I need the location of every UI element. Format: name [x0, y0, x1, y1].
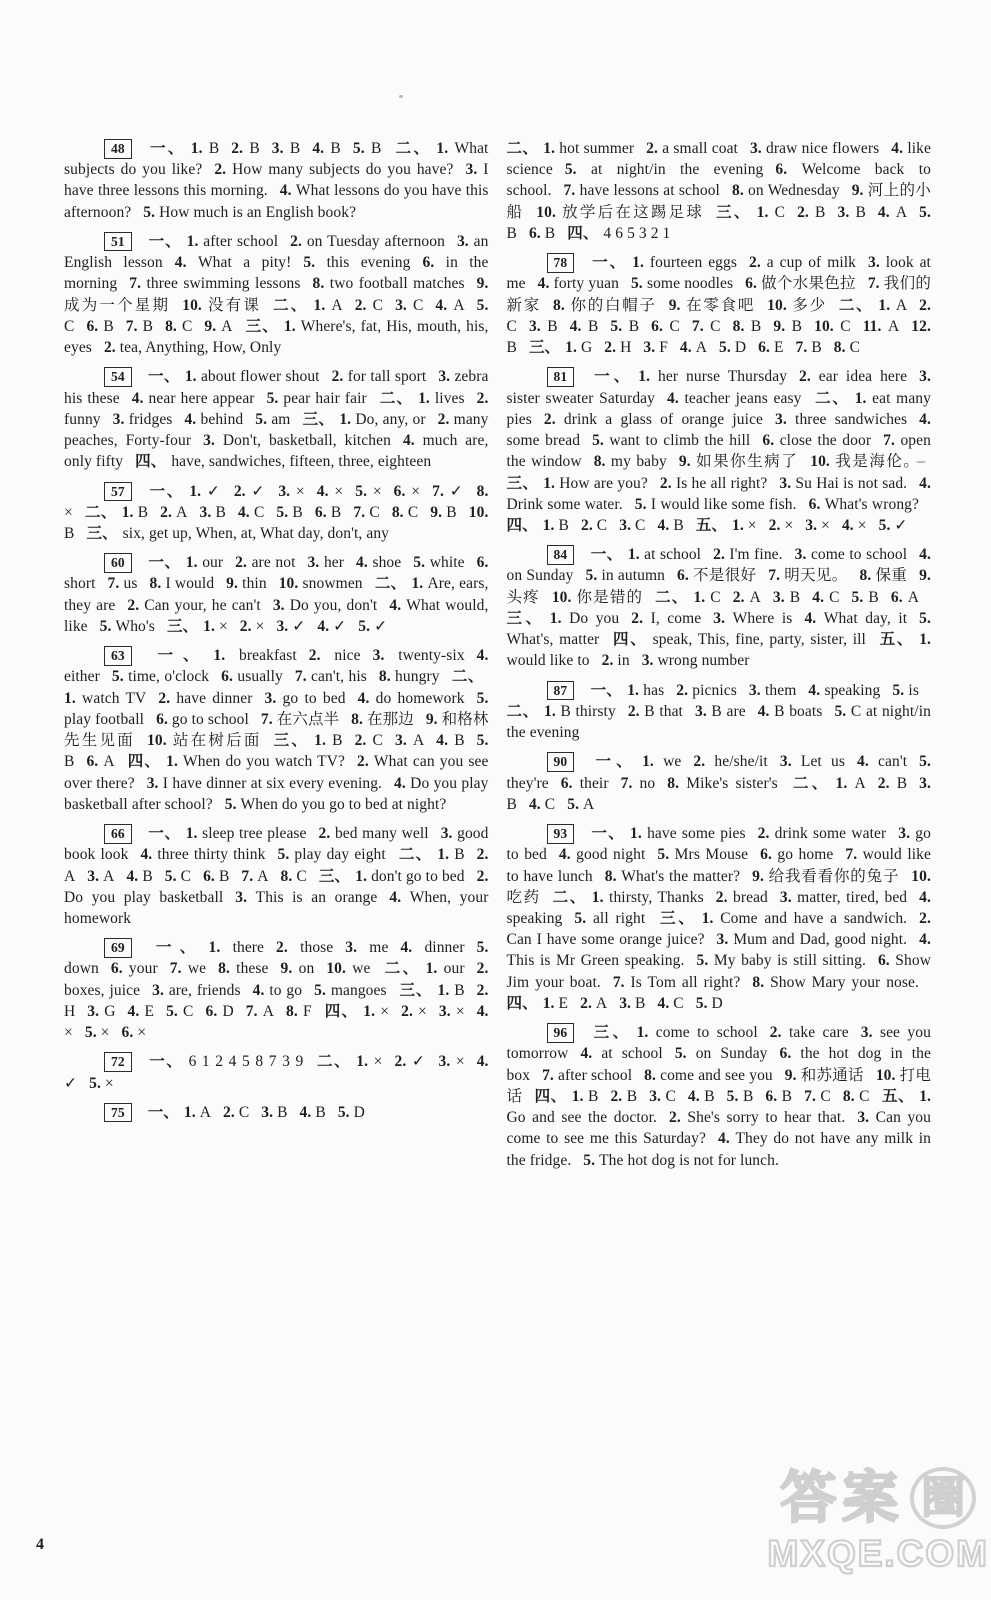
answer-item: 4. three thirty think — [140, 846, 265, 863]
answer-item: 2. A — [160, 504, 187, 521]
answer-item: 1. Do you — [550, 610, 620, 627]
item-number: 4. — [919, 546, 931, 563]
answer-item: 4. behind — [184, 411, 243, 428]
answer-item: 1. × — [363, 1003, 389, 1020]
answer-item: 8. 保重 — [860, 567, 908, 584]
answer-item: 7. C — [692, 318, 721, 335]
answer-item: 2. C — [355, 297, 383, 314]
answer-item: 7. can't, his — [295, 668, 367, 685]
answer-item: 2. picnics — [676, 682, 737, 699]
item-number: 4. — [436, 732, 454, 749]
item-number: 3. — [276, 618, 292, 635]
item-number: 3. — [87, 1003, 104, 1020]
item-number: 2. — [733, 589, 750, 606]
item-number: 9. — [430, 504, 446, 521]
item-number: 2. — [127, 597, 144, 614]
part-label: 一、 — [148, 233, 182, 250]
answer-item: 4. What a pity! — [175, 254, 292, 271]
item-number: 5. — [657, 846, 674, 863]
item-number: 5. — [565, 161, 591, 178]
part-label: 三、 — [507, 610, 545, 627]
answer-item: 2. Is he all right? — [660, 475, 767, 492]
item-number: 2. — [290, 233, 307, 250]
item-number: 8. — [149, 575, 165, 592]
item-number: 8. — [477, 483, 489, 500]
section-number-box: 66 — [104, 824, 132, 844]
item-number: 1. — [855, 390, 872, 407]
answer-item: 5. ✓ — [358, 618, 387, 635]
answer-item: 8. B — [733, 318, 762, 335]
answer-item: 4. do homework — [358, 690, 465, 707]
answer-item: 9. 和苏通话 — [785, 1067, 864, 1084]
item-number: 2. — [610, 1088, 626, 1105]
answer-item: 7. C — [353, 504, 379, 521]
answer-item: 9. on — [281, 960, 315, 977]
item-number: 2. — [604, 339, 620, 356]
answer-item: 5. C — [166, 1003, 193, 1020]
item-number: 5. — [413, 554, 429, 571]
item-number: 2. — [477, 960, 489, 977]
answer-item: 3. B — [272, 140, 301, 157]
item-number: 4. — [317, 618, 333, 635]
item-number: 10. — [911, 868, 931, 885]
item-number: 3. — [308, 554, 324, 571]
item-number: 1. — [418, 390, 435, 407]
answer-item: 3. B — [529, 318, 558, 335]
item-number: 3. — [87, 868, 103, 885]
answer-item: 5. D — [719, 339, 746, 356]
item-number: 1. — [314, 732, 332, 749]
section-number-box: 96 — [547, 1023, 575, 1043]
scanned-answer-page: 48一、1. B2. B3. B4. B5. B二、1. What subjec… — [0, 0, 991, 1600]
item-number: 2. — [919, 910, 931, 927]
item-number: 2. — [158, 690, 176, 707]
item-number: 2. — [477, 390, 489, 407]
item-number: 1. — [411, 575, 427, 592]
item-number: 5. — [919, 753, 931, 770]
item-number: 4. — [657, 995, 673, 1012]
part-label: 二、 — [85, 504, 117, 521]
answer-item: 5. white — [413, 554, 464, 571]
item-number: 1. — [339, 411, 355, 428]
answer-item: 3. three sandwiches — [775, 411, 907, 428]
answer-columns: 48一、1. B2. B3. B4. B5. B二、1. What subjec… — [0, 0, 991, 1179]
part-label: 三、 — [302, 411, 334, 428]
item-number: 3. — [837, 204, 855, 221]
item-number: 1. — [166, 753, 183, 770]
answer-item: 2. B that — [628, 703, 683, 720]
answer-item: 2. C — [581, 517, 607, 534]
answer-item: 5. Who's — [100, 618, 155, 635]
answer-item: 3. A — [87, 868, 114, 885]
answer-item: 4. B — [126, 868, 152, 885]
answer-item: 3. Mum and Dad, good night. — [717, 931, 908, 948]
part-label: 二、 — [839, 297, 874, 314]
part-label: 五、 — [696, 517, 727, 534]
answer-item: 1. breakfast — [213, 647, 296, 664]
item-number: 10. — [279, 575, 303, 592]
item-number: 2. — [770, 1024, 789, 1041]
item-number: 3. — [780, 889, 797, 906]
item-number: 2. — [919, 297, 931, 314]
answer-item: 10. snowmen — [279, 575, 363, 592]
item-number: 8. — [392, 504, 408, 521]
item-number: 2. — [749, 254, 767, 271]
answer-item: 6. go home — [760, 846, 833, 863]
item-number: 1. — [209, 939, 233, 956]
item-number: 1. — [544, 703, 560, 720]
part-label: 一、 — [148, 483, 185, 500]
item-number: 3. — [199, 504, 215, 521]
item-number: 8. — [732, 182, 748, 199]
answer-item: 5. I would like some fish. — [635, 496, 797, 513]
item-number: 10. — [814, 318, 840, 335]
item-number: 4. — [857, 753, 878, 770]
item-number: 6. — [651, 318, 669, 335]
answer-item: 1. ✓ — [189, 483, 222, 500]
answer-item: 9. A — [204, 318, 232, 335]
item-number: 3. — [749, 682, 765, 699]
answer-item: 2. ✓ — [234, 483, 267, 500]
answer-item: 1. C — [693, 589, 720, 606]
item-number: 2. — [799, 368, 819, 385]
item-number: 6. — [765, 1088, 781, 1105]
answer-item: 4 6 5 3 2 1 — [603, 225, 670, 242]
answer-item: 2. C — [223, 1104, 249, 1121]
answer-item: 5. A — [567, 796, 594, 813]
answer-item: 1. lives — [418, 390, 465, 407]
item-number: 7. — [796, 339, 812, 356]
answer-item: 4. C — [812, 589, 839, 606]
answer-item: 9. thin — [226, 575, 267, 592]
item-number: 4. — [919, 931, 931, 948]
item-number: 9. — [679, 453, 696, 470]
item-number: 8. — [605, 868, 622, 885]
answer-item: 4. What day, it — [804, 610, 907, 627]
answer-item: 3. B are — [695, 703, 746, 720]
part-label: 一、 — [148, 1104, 179, 1121]
item-number: 2. — [631, 610, 650, 627]
item-number: 4. — [718, 1130, 736, 1147]
answer-item: 3. F — [643, 339, 668, 356]
item-number: 3. — [780, 753, 801, 770]
answer-item: 3. × — [439, 1003, 465, 1020]
item-number: 8. — [843, 1088, 859, 1105]
answer-item: 2. for tall sport — [332, 368, 427, 385]
answer-item: 4. B boats — [758, 703, 823, 720]
answer-item: 3. B — [773, 589, 800, 606]
item-number: 9. — [852, 182, 868, 199]
item-number: 3. — [264, 690, 282, 707]
item-number: 7. — [621, 775, 640, 792]
answer-section-87: 87一、1. has2. picnics3. them4. speaking5.… — [507, 680, 932, 744]
answer-item: 1. B — [437, 846, 464, 863]
item-number: 6. — [477, 554, 489, 571]
item-number: 7. — [170, 960, 188, 977]
answer-item: 5. want to climb the hill — [592, 432, 750, 449]
item-number: 4. — [477, 1003, 489, 1020]
part-label: 三、 — [716, 204, 752, 221]
answer-item: 5. B — [727, 1088, 754, 1105]
item-number: 1. — [186, 554, 202, 571]
item-number: 2. — [401, 1003, 418, 1020]
item-number: 2. — [693, 753, 714, 770]
item-number: 5. — [696, 995, 712, 1012]
answer-item: 8. on Wednesday — [732, 182, 840, 199]
answer-item: 1. about flower shout — [185, 368, 320, 385]
answer-item: 9. 给我看看你的兔子 — [752, 868, 899, 885]
item-number: 3. — [619, 995, 635, 1012]
answer-item: 5. × — [355, 483, 381, 500]
item-number: 1. — [919, 1088, 931, 1105]
item-number: 5. — [303, 254, 326, 271]
watermark-text-url: MXQE.COM — [767, 1535, 989, 1574]
item-number: 3. — [857, 1109, 875, 1126]
item-number: 3. — [273, 597, 290, 614]
answer-item: 1. our — [426, 960, 465, 977]
answer-item: 2. drink some water — [758, 825, 887, 842]
answer-item: 3. C — [395, 297, 423, 314]
item-number: 1. — [438, 982, 455, 999]
item-number: 2. — [713, 546, 729, 563]
item-number: 4. — [688, 1088, 704, 1105]
answer-item: 2. nice — [309, 647, 361, 664]
answer-item: 7. we — [170, 960, 206, 977]
answer-item: 1. after school — [187, 233, 279, 250]
item-number: 2. — [223, 1104, 239, 1121]
section-number-box: 54 — [104, 367, 132, 387]
answer-section-78: 78一、1. fourteen eggs2. a cup of milk3. l… — [507, 252, 932, 358]
answer-item: 9. B — [773, 318, 802, 335]
watermark-text-cn: 答案 — [780, 1469, 904, 1528]
item-number: 5. — [892, 682, 908, 699]
answer-item: 7. after school — [542, 1067, 632, 1084]
answer-item: 5. in autumn — [585, 567, 665, 584]
item-number: 2. — [214, 161, 232, 178]
answer-item: 6. B — [86, 318, 113, 335]
item-number: 2. — [676, 682, 692, 699]
answer-item: 2. C — [355, 732, 383, 749]
item-number: 1. — [630, 825, 647, 842]
item-number: 3. — [272, 140, 290, 157]
item-number: 4. — [140, 846, 157, 863]
answer-item: 6. close the door — [762, 432, 871, 449]
answer-item: 2. take care — [770, 1024, 849, 1041]
item-number: 1. — [632, 254, 650, 271]
answer-section-75: 75一、1. A2. C3. B4. B5. D — [64, 1102, 489, 1123]
part-label: 一、 — [590, 753, 637, 770]
part-label: 四、 — [507, 517, 538, 534]
answer-item: 1. at school — [628, 546, 701, 563]
part-label: 三、 — [529, 339, 560, 356]
answer-item: 1. × — [203, 618, 228, 635]
answer-item: 1. × — [732, 517, 757, 534]
item-number: 2. — [477, 982, 489, 999]
item-number: 1. — [184, 1104, 200, 1121]
part-label: 二、 — [375, 575, 407, 592]
answer-section-72: 72一、6 1 2 4 5 8 7 3 9二、1. ×2. ✓3. ×4. ✓5… — [64, 1051, 489, 1093]
answer-item: 4. can't — [857, 753, 907, 770]
item-number: 3. — [649, 1088, 665, 1105]
answer-item: 1. our — [186, 554, 223, 571]
item-number: 3. — [898, 825, 915, 842]
answer-item: 1. there — [209, 939, 265, 956]
item-number: 4. — [253, 982, 270, 999]
answer-item: 6. E — [758, 339, 783, 356]
answer-item: 7. Is Tom all right? — [613, 974, 741, 991]
item-number: 4. — [919, 411, 931, 428]
answer-item: 10. 放学后在这踢足球 — [536, 204, 704, 221]
item-number: 1. — [543, 475, 559, 492]
part-label: 一、 — [590, 254, 627, 271]
item-number: 10. — [536, 204, 562, 221]
item-number: 1. — [436, 140, 454, 157]
part-label: 二、 — [507, 703, 539, 720]
item-number: 3. — [619, 517, 635, 534]
item-number: 10. — [876, 1067, 900, 1084]
item-number: 9. — [669, 297, 686, 314]
item-number: 2. — [319, 825, 335, 842]
item-number: 7. — [804, 1088, 820, 1105]
answer-item: 1. A — [184, 1104, 211, 1121]
item-number: 2. — [355, 297, 373, 314]
item-number: 3. — [529, 318, 547, 335]
answer-item: 1. Do, any, or — [339, 411, 425, 428]
item-number: 2. — [797, 204, 815, 221]
answer-item: 8. 在那边 — [351, 711, 414, 728]
answer-item: 1. her nurse Thursday — [638, 368, 787, 385]
item-number: 5. — [585, 567, 601, 584]
item-number: 5. — [89, 1075, 105, 1092]
item-number: 8. — [165, 318, 182, 335]
answer-item: 8. C — [165, 318, 192, 335]
part-label: 四、 — [135, 453, 166, 470]
answer-item: 3. Don't, basketball, kitchen — [203, 432, 391, 449]
answer-item: 3. them — [749, 682, 796, 699]
answer-item: 4. E — [128, 1003, 155, 1020]
answer-item: 6. usually — [221, 668, 283, 685]
item-number: 8. — [286, 1003, 303, 1020]
item-number: 6. — [529, 225, 545, 242]
item-number: 5. — [631, 275, 647, 292]
item-number: 7. — [261, 711, 277, 728]
part-label: 一、 — [148, 140, 186, 157]
answer-item: 1. B — [314, 732, 342, 749]
answer-item: 3. C — [649, 1088, 676, 1105]
answer-item: 5. is — [892, 682, 919, 699]
item-number: 2. — [231, 140, 249, 157]
answer-item: 1. B — [543, 517, 569, 534]
part-label: 一、 — [148, 1053, 184, 1070]
answer-item: 4. B — [570, 318, 599, 335]
answer-item: 3. matter, tired, bed — [780, 889, 907, 906]
answer-item: 5. B — [610, 318, 639, 335]
part-label: 二、 — [790, 775, 831, 792]
answer-item: 7. 明天见。 — [768, 567, 847, 584]
item-number: 8. — [313, 275, 330, 292]
answer-item: 3. draw nice flowers — [750, 140, 879, 157]
item-number: 4. — [891, 140, 907, 157]
part-label: 三、 — [245, 318, 279, 335]
item-number: 5. — [477, 297, 489, 314]
answer-item: 5. B — [852, 589, 879, 606]
answer-item: 5. × — [89, 1075, 114, 1092]
item-number: 10. — [147, 732, 173, 749]
answer-item: 4. B — [658, 517, 684, 534]
answer-item: 7. three swimming lessons — [129, 275, 300, 292]
item-number: 7. — [564, 182, 580, 199]
answer-item: 8. my baby — [594, 453, 667, 470]
item-number: 4. — [477, 647, 489, 664]
item-number: 6. — [561, 775, 580, 792]
section-number-box: 78 — [547, 253, 575, 273]
part-label: 三、 — [86, 525, 117, 542]
item-number: 3. — [438, 1053, 455, 1070]
answer-item: 10. 站在树后面 — [147, 732, 262, 749]
answer-item: 6. C — [651, 318, 680, 335]
item-number: 5. — [255, 411, 271, 428]
item-number: 6. — [205, 1003, 222, 1020]
item-number: 2. — [758, 825, 775, 842]
item-number: 1. — [213, 647, 239, 664]
answer-item: 2. B — [231, 140, 260, 157]
answer-item: 8. C — [281, 868, 307, 885]
answer-item: 1. B — [572, 1088, 599, 1105]
answer-item: 3. Where is — [713, 610, 792, 627]
item-number: 1. — [642, 753, 663, 770]
answer-item: 3. × — [805, 517, 830, 534]
item-number: 4. — [580, 1045, 601, 1062]
item-number: 8. — [351, 711, 367, 728]
item-number: 3. — [373, 647, 399, 664]
answer-item: 5. this evening — [303, 254, 410, 271]
answer-section-81: 81一、1. her nurse Thursday2. ear idea her… — [507, 366, 932, 536]
item-number: 6. — [315, 504, 331, 521]
answer-item: 4. good night — [559, 846, 646, 863]
answer-item: 3. B — [619, 995, 645, 1012]
item-number: 3. — [713, 610, 732, 627]
answer-item: 3. are, friends — [152, 982, 241, 999]
answer-item: 2. bed many well — [319, 825, 429, 842]
answer-item: 1. we — [642, 753, 681, 770]
item-number: 1. — [702, 910, 721, 927]
item-number: 3. — [805, 517, 821, 534]
item-number: 1. — [627, 682, 643, 699]
answer-item: 2. I'm fine. — [713, 546, 783, 563]
item-number: 5. — [592, 432, 609, 449]
item-number: 2. — [240, 618, 256, 635]
part-label: 一、 — [590, 682, 622, 699]
answer-item: 4. A — [435, 297, 464, 314]
item-number: 9. — [281, 960, 299, 977]
answer-item: 6. A — [86, 753, 114, 770]
item-number: 7. — [241, 868, 257, 885]
item-number: 9. — [785, 1067, 801, 1084]
item-number: 9. — [204, 318, 221, 335]
answer-item: 3. Su Hai is not sad. — [779, 475, 907, 492]
answer-item: 4. C — [529, 796, 555, 813]
answer-item: 10. we — [326, 960, 370, 977]
item-number: 3. — [775, 411, 795, 428]
answer-item: 3. fridges — [113, 411, 173, 428]
answer-item: 8. two football matches — [313, 275, 465, 292]
item-number: 5. — [477, 690, 489, 707]
answer-item: 8. hungry — [379, 668, 440, 685]
answer-item: 2. Can your, he can't — [127, 597, 260, 614]
part-label: 二、 — [379, 390, 413, 407]
item-number: 4. — [175, 254, 198, 271]
column-left: 48一、1. B2. B3. B4. B5. B二、1. What subjec… — [64, 138, 489, 1179]
